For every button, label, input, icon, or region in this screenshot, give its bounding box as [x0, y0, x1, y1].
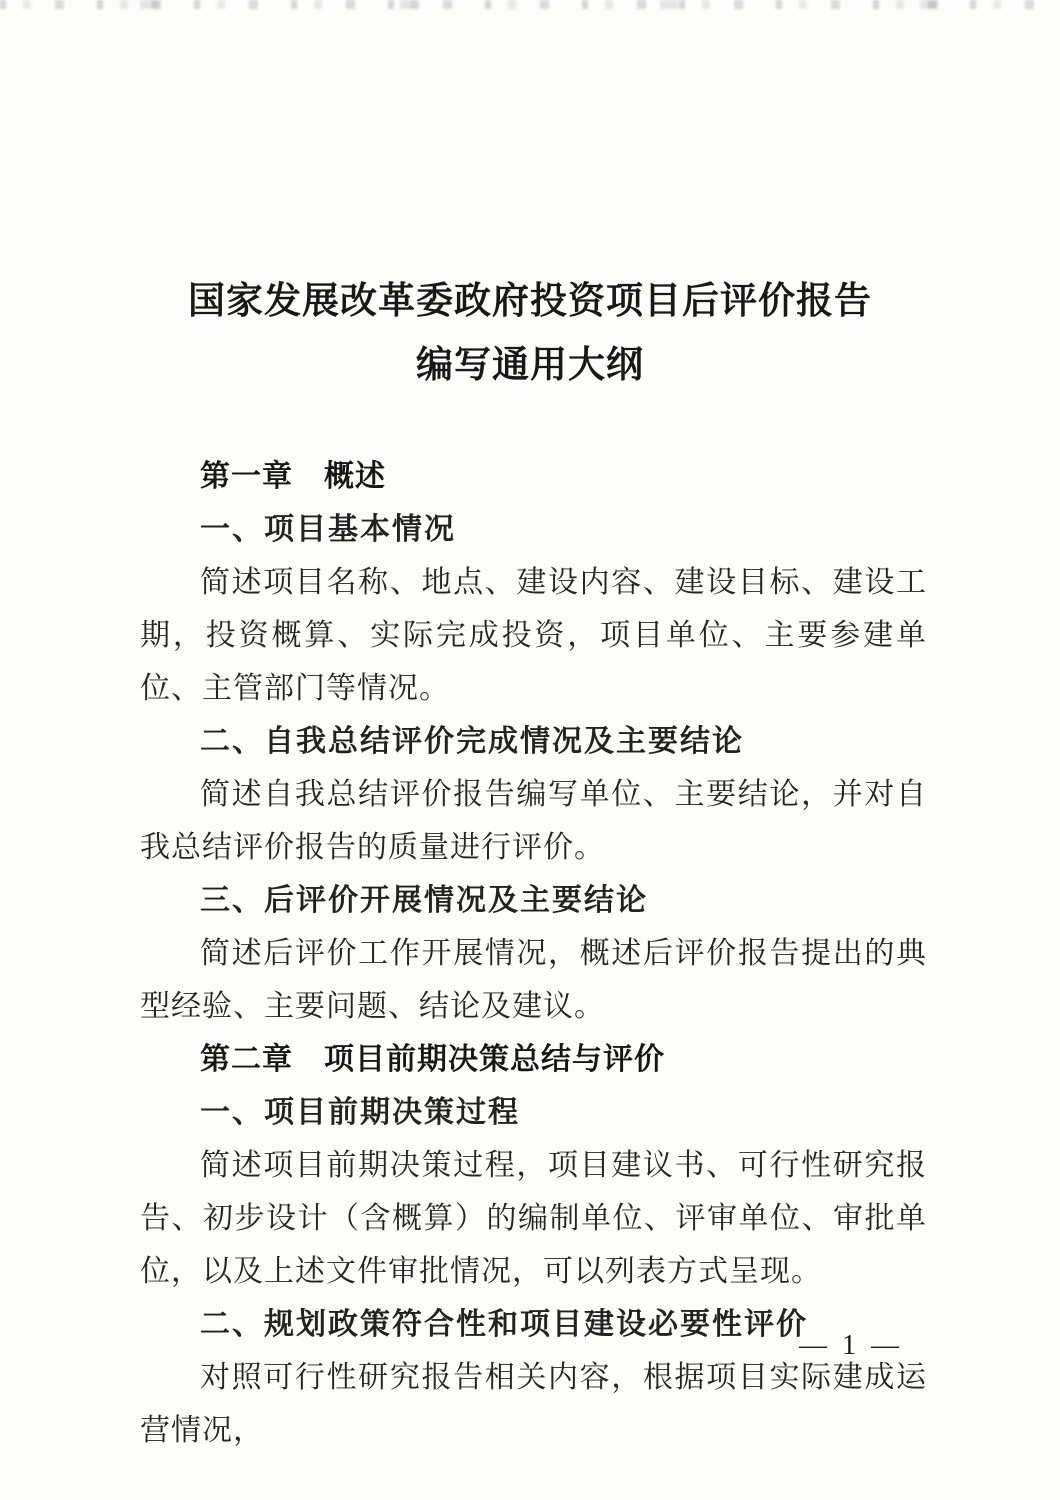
page-footer: — 1 —	[799, 1330, 903, 1362]
section-heading-2-1: 一、项目前期决策过程	[140, 1086, 927, 1139]
document-body: 第一章 概述 一、项目基本情况 简述项目名称、地点、建设内容、建设目标、建设工期…	[140, 450, 927, 1457]
document-page: 国家发展改革委政府投资项目后评价报告 编写通用大纲 第一章 概述 一、项目基本情…	[0, 0, 1060, 1500]
section-heading-1-2: 二、自我总结评价完成情况及主要结论	[140, 715, 927, 768]
section-heading-1-3: 三、后评价开展情况及主要结论	[140, 874, 927, 927]
paragraph: 简述项目前期决策过程，项目建议书、可行性研究报告、初步设计（含概算）的编制单位、…	[140, 1139, 927, 1298]
paragraph: 对照可行性研究报告相关内容，根据项目实际建成运营情况，	[140, 1351, 927, 1457]
paragraph: 简述后评价工作开展情况，概述后评价报告提出的典型经验、主要问题、结论及建议。	[140, 927, 927, 1033]
paragraph: 简述自我总结评价报告编写单位、主要结论，并对自我总结评价报告的质量进行评价。	[140, 768, 927, 874]
scan-artifact-top	[0, 0, 1060, 9]
chapter-heading-1: 第一章 概述	[140, 450, 927, 503]
section-heading-1-1: 一、项目基本情况	[140, 503, 927, 556]
chapter-heading-2: 第二章 项目前期决策总结与评价	[140, 1033, 927, 1086]
paragraph: 简述项目名称、地点、建设内容、建设目标、建设工期，投资概算、实际完成投资，项目单…	[140, 556, 927, 715]
document-title: 国家发展改革委政府投资项目后评价报告 编写通用大纲	[0, 0, 1060, 398]
document-title-line2: 编写通用大纲	[0, 334, 1060, 398]
document-title-line1: 国家发展改革委政府投资项目后评价报告	[0, 270, 1060, 334]
page-number: — 1 —	[799, 1330, 903, 1361]
